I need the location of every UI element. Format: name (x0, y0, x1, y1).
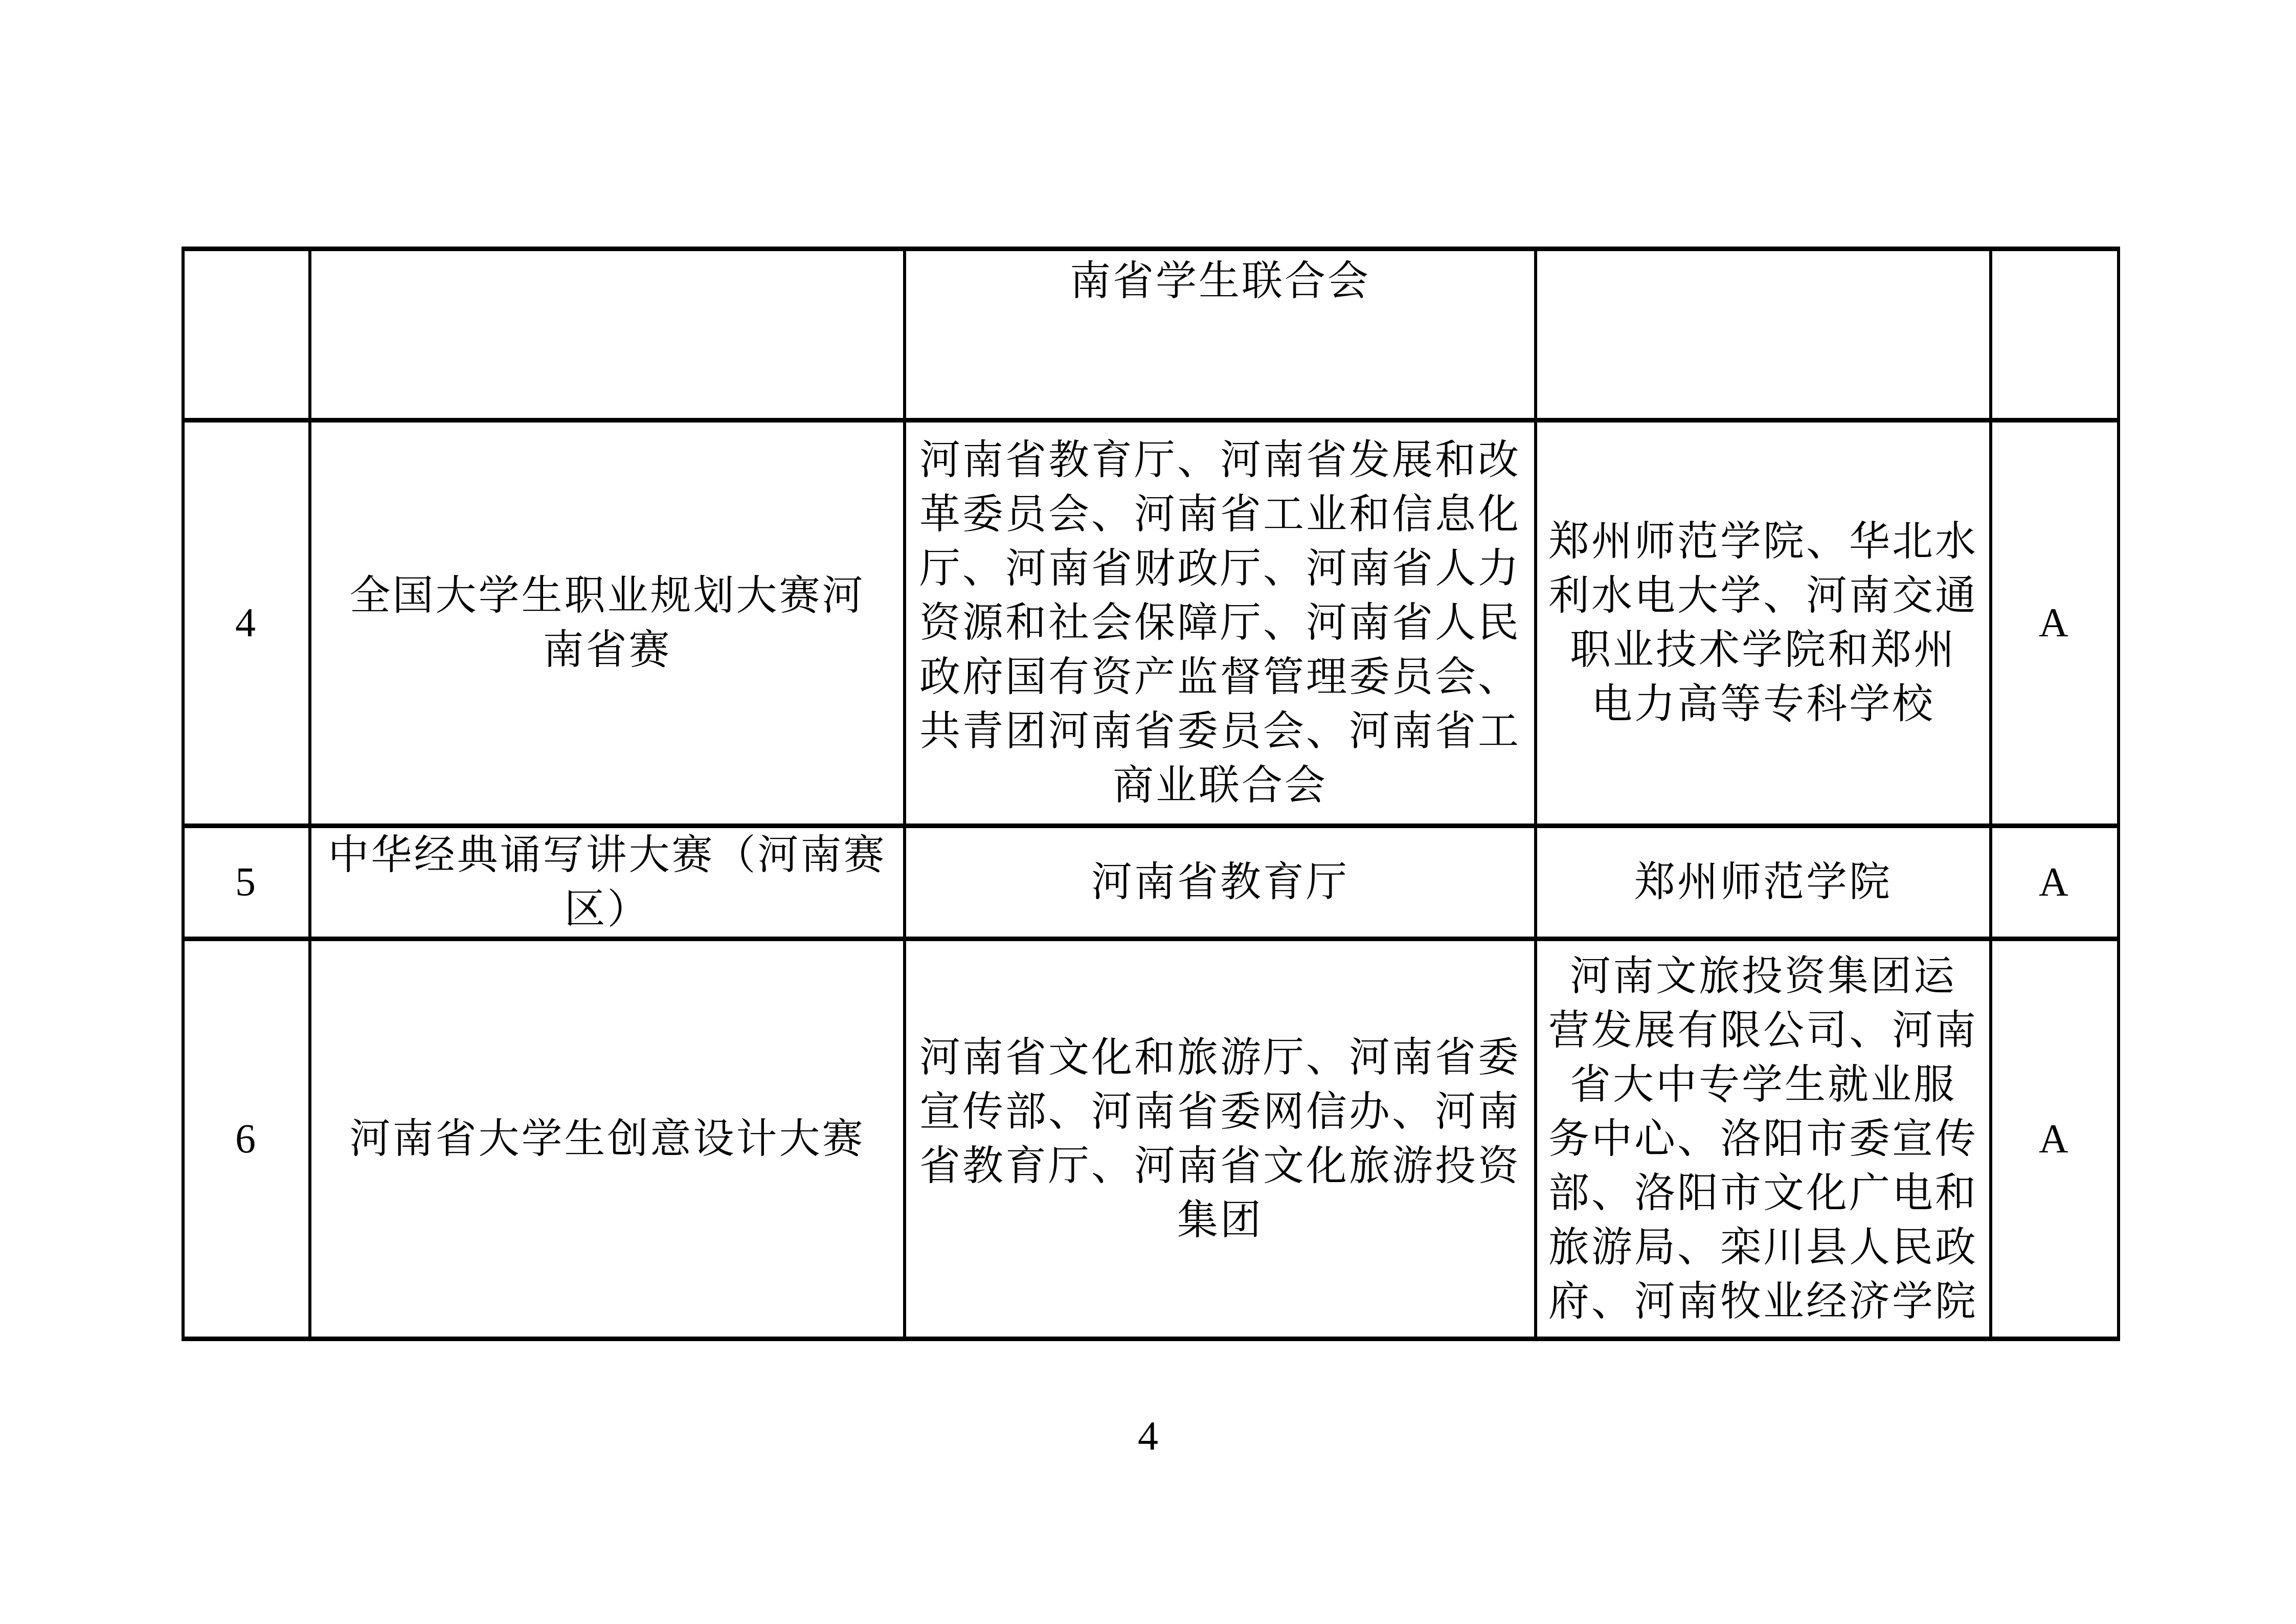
cell-name (310, 249, 905, 420)
cell-undertaker: 河南文旅投资集团运 营发展有限公司、河南 省大中专学生就业服 务中心、洛阳市委宣… (1536, 939, 1991, 1339)
cell-name: 河南省大学生创意设计大赛 (310, 939, 905, 1339)
cell-undertaker: 郑州师范学院 (1536, 826, 1991, 939)
competitions-table: 南省学生联合会 4 全国大学生职业规划大赛河 南省赛 河南省教育厅、河南省发展和… (182, 247, 2120, 1341)
cell-organizer: 河南省教育厅 (905, 826, 1536, 939)
cell-seq: 6 (183, 939, 310, 1339)
cell-undertaker (1536, 249, 1991, 420)
cell-grade: A (1991, 420, 2119, 826)
cell-undertaker: 郑州师范学院、华北水 利水电大学、河南交通 职业技术学院和郑州 电力高等专科学校 (1536, 420, 1991, 826)
cell-name: 全国大学生职业规划大赛河 南省赛 (310, 420, 905, 826)
cell-seq (183, 249, 310, 420)
document-page: 南省学生联合会 4 全国大学生职业规划大赛河 南省赛 河南省教育厅、河南省发展和… (0, 0, 2296, 1624)
cell-name: 中华经典诵写讲大赛（河南赛 区） (310, 826, 905, 939)
cell-organizer: 河南省文化和旅游厅、河南省委 宣传部、河南省委网信办、河南 省教育厅、河南省文化… (905, 939, 1536, 1339)
cell-grade: A (1991, 826, 2119, 939)
cell-organizer: 南省学生联合会 (905, 249, 1536, 420)
table-row-6: 6 河南省大学生创意设计大赛 河南省文化和旅游厅、河南省委 宣传部、河南省委网信… (183, 939, 2119, 1339)
page-number: 4 (0, 1411, 2296, 1462)
table-row-5: 5 中华经典诵写讲大赛（河南赛 区） 河南省教育厅 郑州师范学院 A (183, 826, 2119, 939)
table-row-4: 4 全国大学生职业规划大赛河 南省赛 河南省教育厅、河南省发展和改 革委员会、河… (183, 420, 2119, 826)
cell-seq: 4 (183, 420, 310, 826)
cell-seq: 5 (183, 826, 310, 939)
cell-grade: A (1991, 939, 2119, 1339)
cell-organizer: 河南省教育厅、河南省发展和改 革委员会、河南省工业和信息化 厅、河南省财政厅、河… (905, 420, 1536, 826)
cell-grade (1991, 249, 2119, 420)
table-row-continued: 南省学生联合会 (183, 249, 2119, 420)
